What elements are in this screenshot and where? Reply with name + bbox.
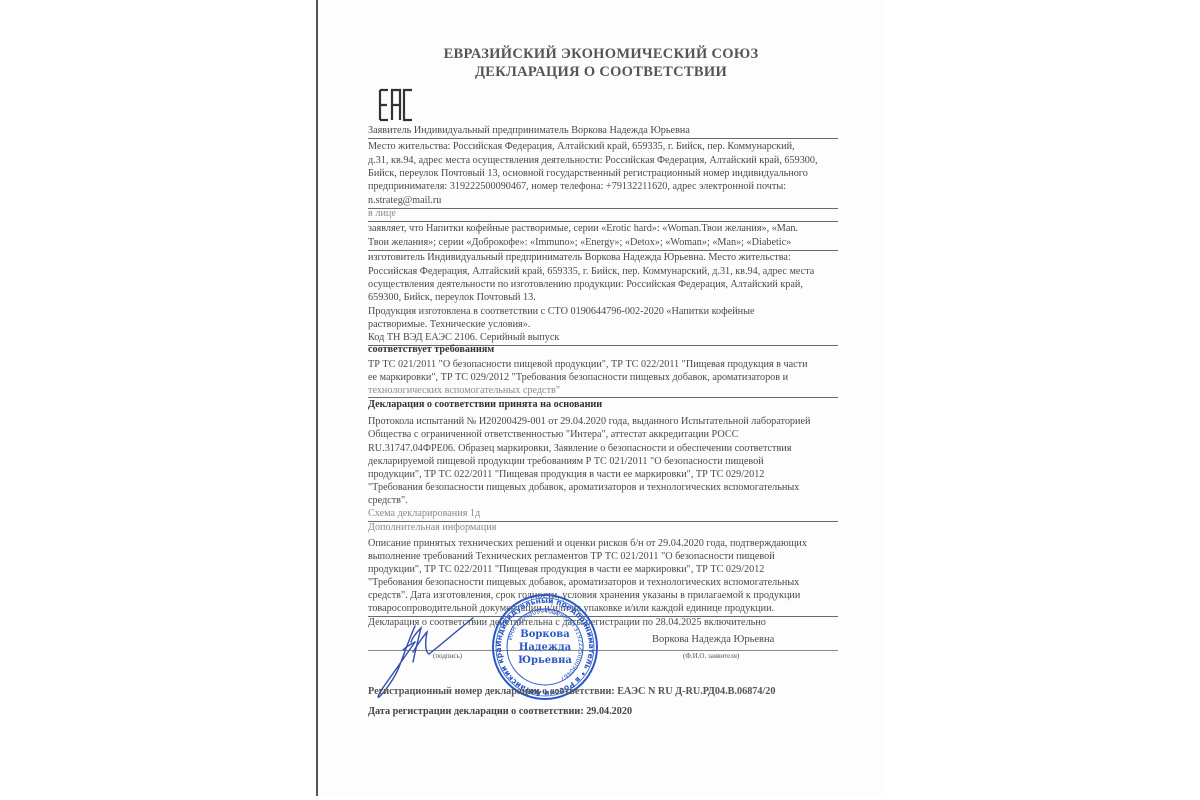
additional-heading: Дополнительная информация — [368, 521, 496, 535]
manufacturer-line: Российская Федерация, Алтайский край, 65… — [368, 265, 814, 279]
declares-line: заявляет, что Напитки кофейные растворим… — [368, 222, 798, 236]
basis-line: декларируемой пищевой продукции требован… — [368, 455, 764, 469]
applicant-name: Воркова Надежда Юрьевна — [652, 633, 774, 647]
additional-line: продукции", ТР ТС 022/2011 "Пищевая прод… — [368, 563, 764, 577]
requirements-line: ее маркировки", ТР ТС 029/2012 "Требован… — [368, 371, 788, 385]
basis-line: продукции", ТР ТС 022/2011 "Пищевая прод… — [368, 468, 764, 482]
stamp-center-text: Надежда — [519, 642, 572, 653]
standard-line: растворимые. Технические условия». — [368, 318, 530, 332]
standard-line: Продукция изготовлена в соответствии с С… — [368, 305, 755, 319]
eac-logo-icon — [378, 88, 418, 122]
requirements-line: ТР ТС 021/2011 "О безопасности пищевой п… — [368, 358, 808, 372]
divider — [368, 208, 838, 209]
union-title: ЕВРАЗИЙСКИЙ ЭКОНОМИЧЕСКИЙ СОЮЗ — [318, 46, 884, 63]
basis-line: Общества с ограниченной ответственностью… — [368, 428, 738, 442]
in-person-label: в лице — [368, 207, 396, 221]
additional-line: "Требования безопасности пищевых добавок… — [368, 576, 799, 590]
stamp-center-text: Воркова — [520, 629, 570, 640]
scheme-line: Схема декларирования 1д — [368, 507, 480, 521]
declares-line: Твои желания»; серии «Доброкофе»: «Immun… — [368, 236, 791, 250]
applicant-detail: Место жительства: Российская Федерация, … — [368, 140, 795, 154]
stamp-center-text: Юрьевна — [518, 655, 572, 666]
document-title: ДЕКЛАРАЦИЯ О СООТВЕТСТВИИ — [318, 64, 884, 81]
basis-line: RU.31747.04ФРЕ06. Образец маркировки, За… — [368, 442, 791, 456]
basis-line: средств". — [368, 494, 408, 508]
manufacturer-line: осуществления деятельности по изготовлен… — [368, 278, 803, 292]
applicant-detail: Бийск, переулок Почтовый 13, основной го… — [368, 167, 808, 181]
declaration-page: ЕВРАЗИЙСКИЙ ЭКОНОМИЧЕСКИЙ СОЮЗ ДЕКЛАРАЦИ… — [316, 0, 884, 796]
additional-line: Описание принятых технических решений и … — [368, 537, 807, 551]
registration-number: Регистрационный номер декларации о соотв… — [368, 685, 776, 699]
applicant-detail: д.31, кв.94, адрес места осуществления д… — [368, 154, 818, 168]
requirements-line: технологических вспомогательных средств" — [368, 384, 560, 398]
divider — [368, 138, 838, 139]
manufacturer-line: изготовитель Индивидуальный предпринимат… — [368, 251, 791, 265]
basis-line: Протокола испытаний № И20200429-001 от 2… — [368, 415, 810, 429]
applicant-detail: предпринимателя: 319222500090467, номер … — [368, 180, 786, 194]
additional-line: выполнение требований Технических реглам… — [368, 550, 775, 564]
basis-line: "Требования безопасности пищевых добавок… — [368, 481, 799, 495]
applicant-email: n.strateg@mail.ru — [368, 194, 441, 208]
registration-date: Дата регистрации декларации о соответств… — [368, 705, 632, 719]
applicant-line: Заявитель Индивидуальный предприниматель… — [368, 124, 690, 138]
name-caption: (Ф.И.О. заявителя) — [683, 652, 739, 660]
basis-heading: Декларация о соответствии принята на осн… — [368, 398, 602, 412]
manufacturer-line: 659300, Бийск, переулок Почтовый 13. — [368, 291, 536, 305]
requirements-heading: соответствует требованиям — [368, 343, 494, 357]
